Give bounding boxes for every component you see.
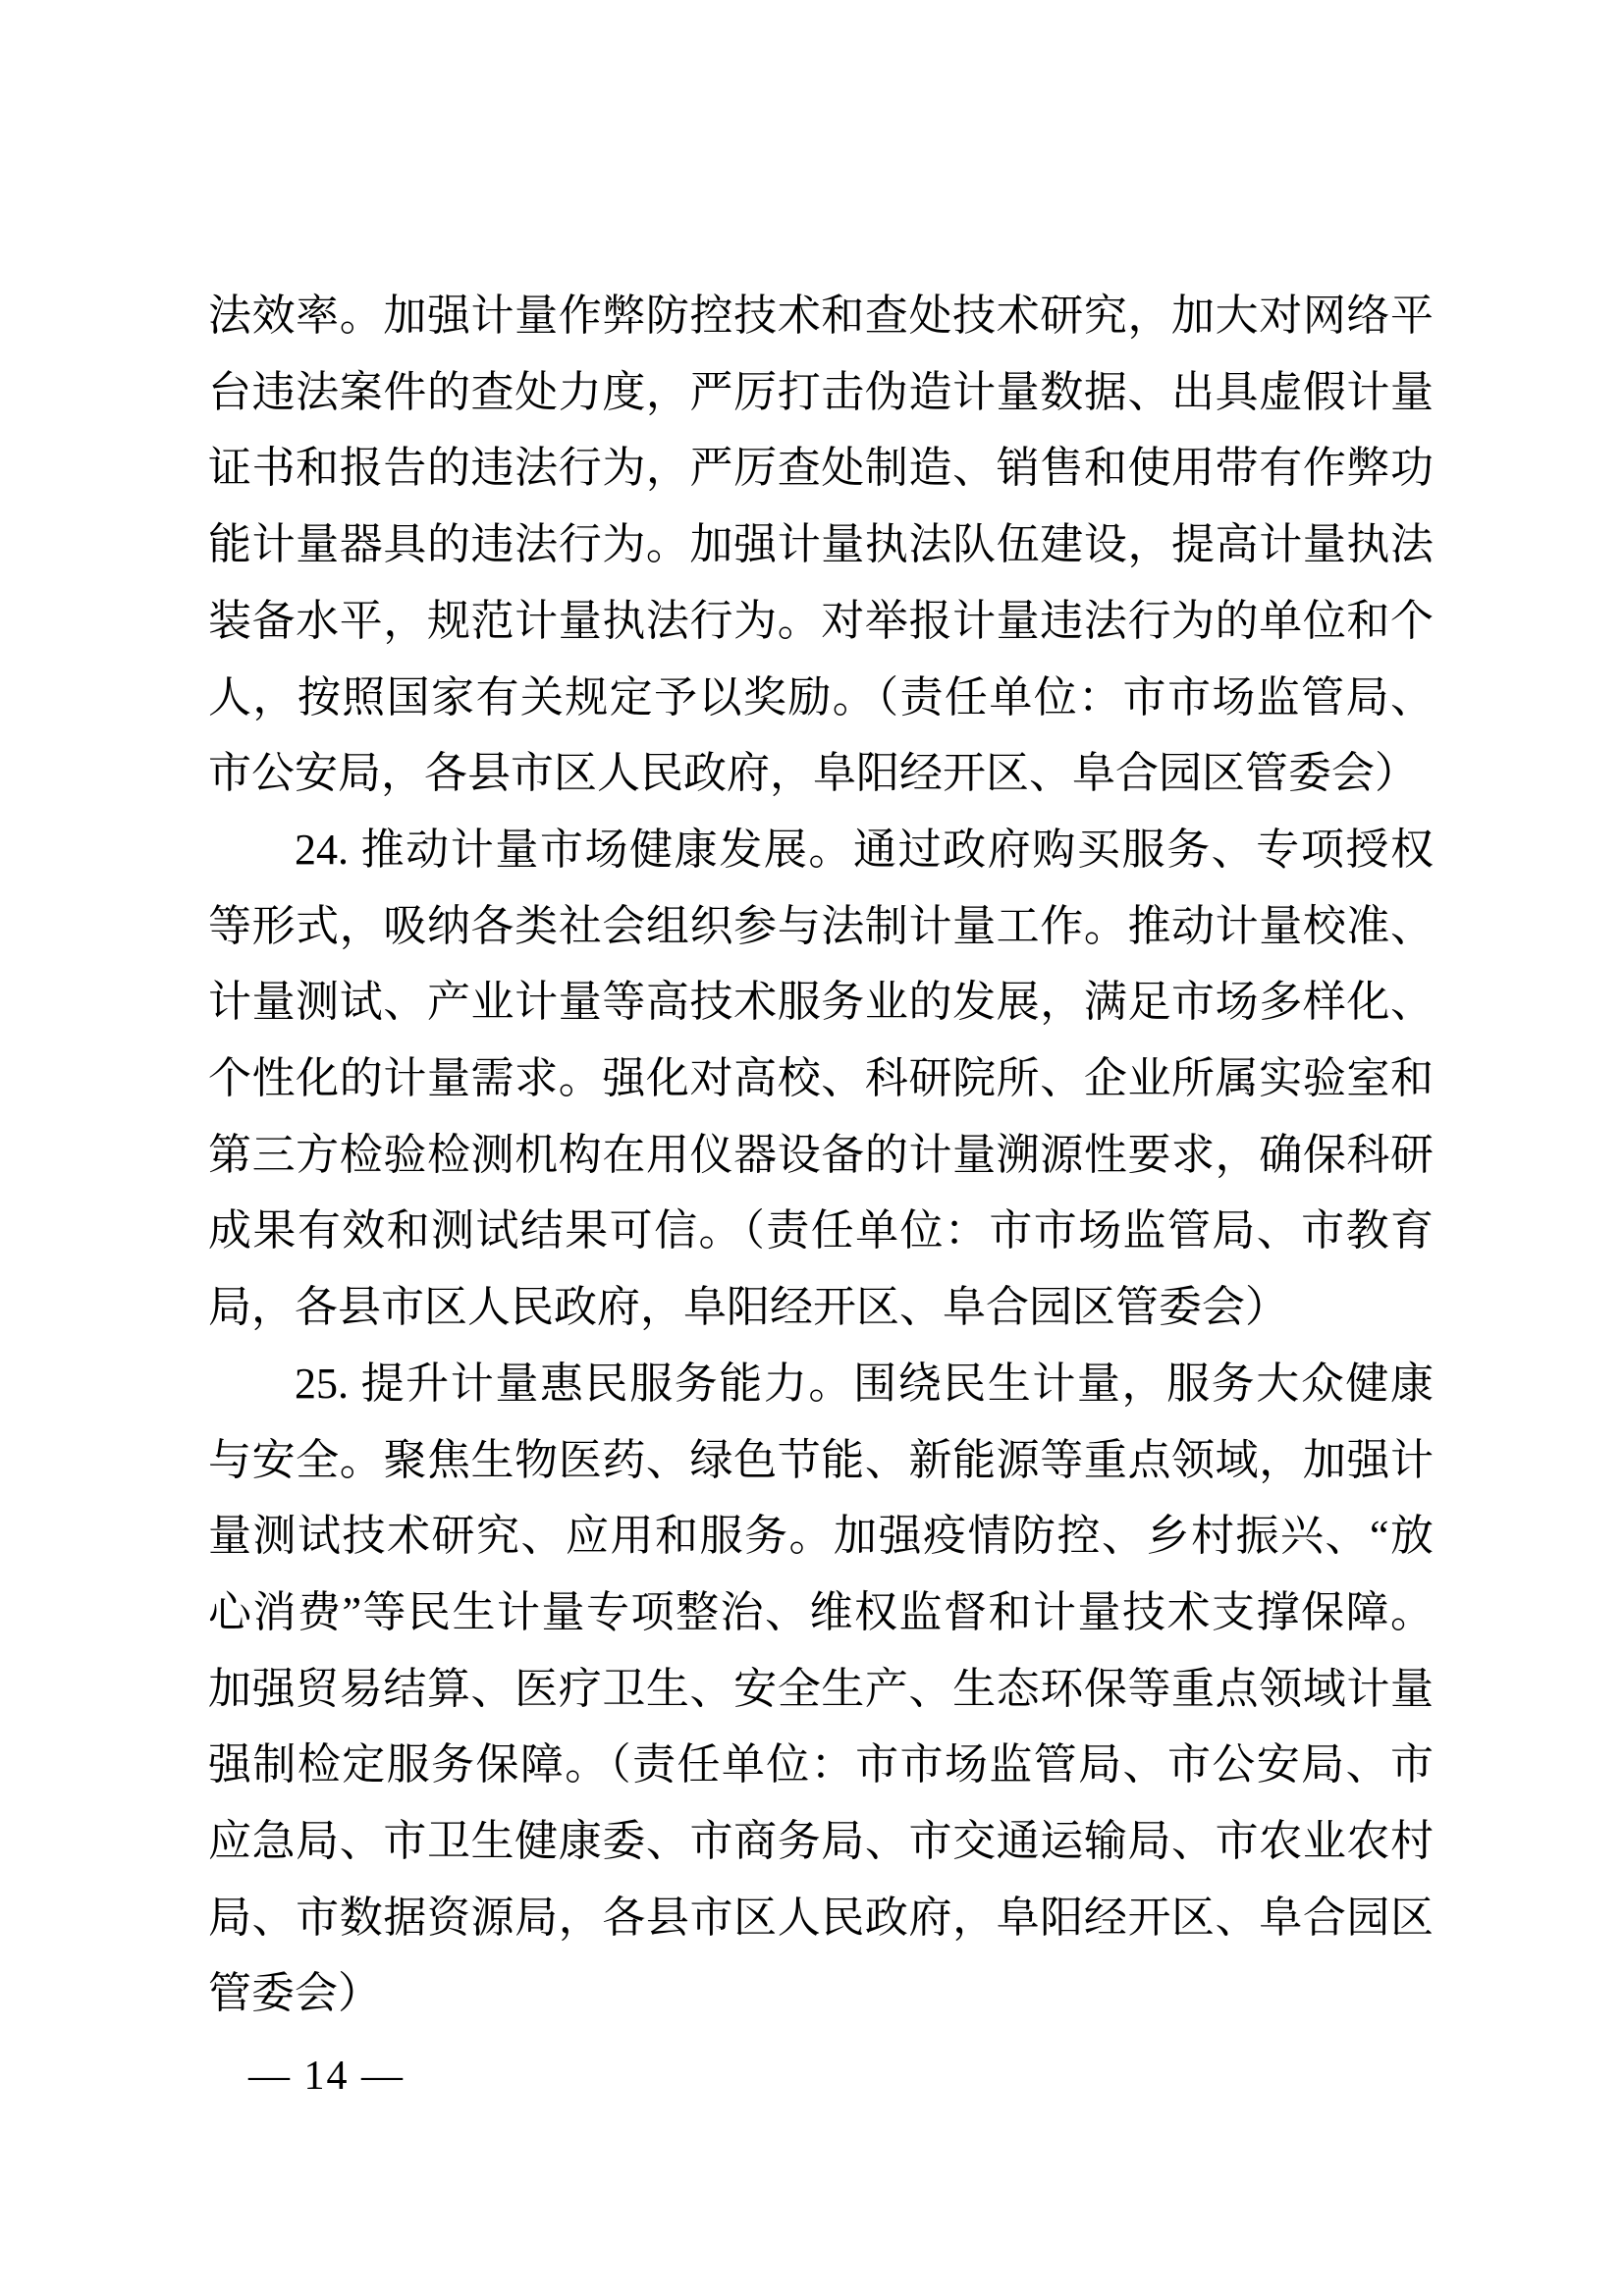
document-body: 法效率。加强计量作弊防控技术和查处技术研究，加大对网络平 台违法案件的查处力度，…: [208, 278, 1434, 2032]
text-line: 市公安局，各县市区人民政府，阜阳经开区、阜合园区管委会）: [208, 735, 1434, 812]
text-line: 第三方检验检测机构在用仪器设备的计量溯源性要求，确保科研: [208, 1117, 1434, 1194]
text-line: 应急局、市卫生健康委、市商务局、市交通运输局、市农业农村: [208, 1803, 1434, 1880]
text-line: 心消费”等民生计量专项整治、维权监督和计量技术支撑保障。: [208, 1575, 1434, 1651]
text-line: 证书和报告的违法行为，严厉查处制造、销售和使用带有作弊功: [208, 430, 1434, 507]
paragraph-item-25: 25. 提升计量惠民服务能力。围绕民生计量，服务大众健康 与安全。聚焦生物医药、…: [208, 1346, 1434, 2032]
text-line: 等形式，吸纳各类社会组织参与法制计量工作。推动计量校准、: [208, 888, 1434, 965]
text-line: 法效率。加强计量作弊防控技术和查处技术研究，加大对网络平: [208, 278, 1434, 354]
text-line: 人，按照国家有关规定予以奖励。（责任单位：市市场监管局、: [208, 660, 1434, 736]
text-line: 加强贸易结算、医疗卫生、安全生产、生态环保等重点领域计量: [208, 1651, 1434, 1728]
document-page: 法效率。加强计量作弊防控技术和查处技术研究，加大对网络平 台违法案件的查处力度，…: [0, 0, 1624, 2296]
text-line: 台违法案件的查处力度，严厉打击伪造计量数据、出具虚假计量: [208, 354, 1434, 431]
text-line: 局，各县市区人民政府，阜阳经开区、阜合园区管委会）: [208, 1269, 1434, 1346]
text-line: 计量测试、产业计量等高技术服务业的发展，满足市场多样化、: [208, 964, 1434, 1041]
text-line: 能计量器具的违法行为。加强计量执法队伍建设，提高计量执法: [208, 507, 1434, 583]
paragraph-item-24: 24. 推动计量市场健康发展。通过政府购买服务、专项授权 等形式，吸纳各类社会组…: [208, 812, 1434, 1346]
text-line: 个性化的计量需求。强化对高校、科研院所、企业所属实验室和: [208, 1041, 1434, 1117]
text-line: 24. 推动计量市场健康发展。通过政府购买服务、专项授权: [208, 812, 1434, 888]
text-line: 装备水平，规范计量执法行为。对举报计量违法行为的单位和个: [208, 583, 1434, 660]
paragraph-continuation: 法效率。加强计量作弊防控技术和查处技术研究，加大对网络平 台违法案件的查处力度，…: [208, 278, 1434, 812]
text-line: 管委会）: [208, 1955, 1434, 2032]
text-line: 25. 提升计量惠民服务能力。围绕民生计量，服务大众健康: [208, 1346, 1434, 1422]
text-line: 成果有效和测试结果可信。（责任单位：市市场监管局、市教育: [208, 1193, 1434, 1269]
text-line: 与安全。聚焦生物医药、绿色节能、新能源等重点领域，加强计: [208, 1422, 1434, 1499]
text-line: 强制检定服务保障。（责任单位：市市场监管局、市公安局、市: [208, 1727, 1434, 1803]
text-line: 量测试技术研究、应用和服务。加强疫情防控、乡村振兴、“放: [208, 1498, 1434, 1575]
text-line: 局、市数据资源局，各县市区人民政府，阜阳经开区、阜合园区: [208, 1880, 1434, 1956]
page-number: — 14 —: [248, 2054, 405, 2099]
